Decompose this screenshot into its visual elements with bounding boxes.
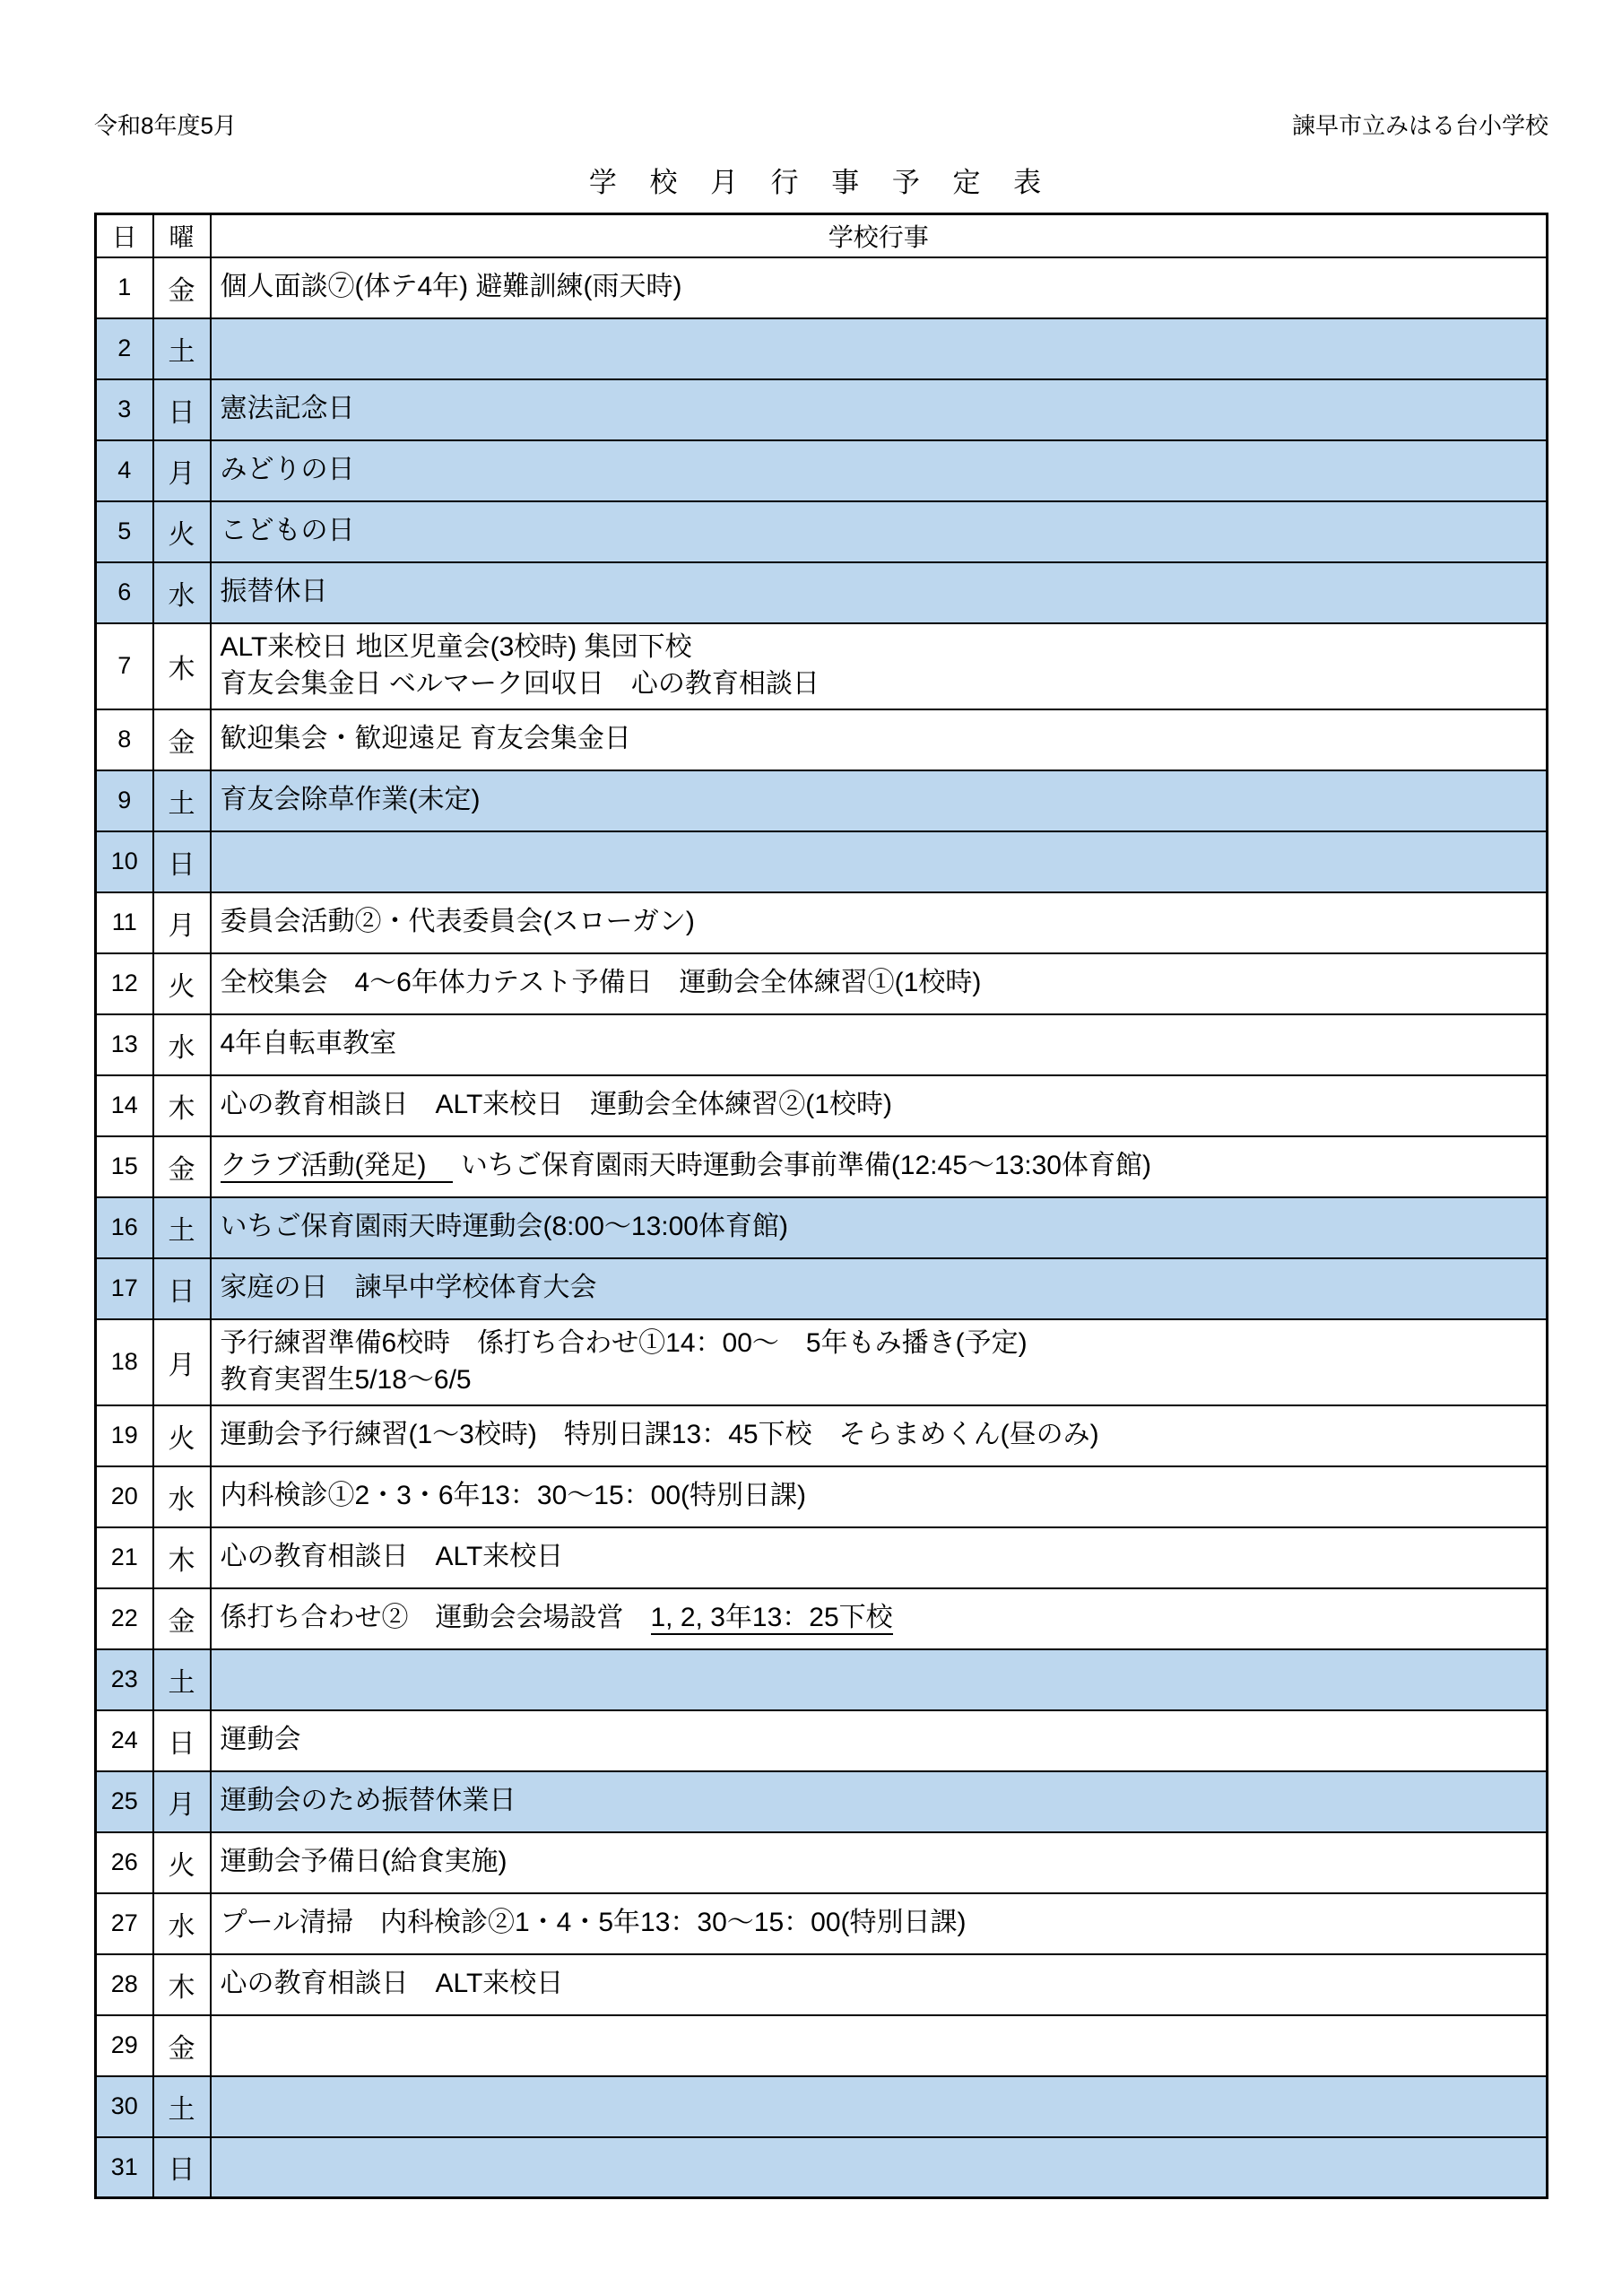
day-cell: 13 — [96, 1014, 153, 1075]
weekday-cell: 土 — [153, 1649, 211, 1710]
event-text: 運動会 — [221, 1725, 301, 1754]
event-text: 育友会除草作業(未定) — [221, 785, 481, 814]
day-cell: 11 — [96, 892, 153, 953]
weekday-cell: 水 — [153, 1466, 211, 1527]
event-line: 予行練習準備6校時 係打ち合わせ①14：00〜 5年もみ播き(予定) — [221, 1326, 1538, 1362]
weekday-cell: 金 — [153, 1588, 211, 1649]
events-cell: 係打ち合わせ② 運動会会場設営 1, 2, 3年13：25下校 — [211, 1588, 1548, 1649]
events-cell: 全校集会 4〜6年体力テスト予備日 運動会全体練習①(1校時) — [211, 953, 1548, 1014]
events-cell: いちご保育園雨天時運動会(8:00〜13:00体育館) — [211, 1197, 1548, 1258]
table-row: 28木心の教育相談日 ALT来校日 — [96, 1954, 1548, 2015]
table-row: 3日憲法記念日 — [96, 379, 1548, 440]
table-row: 19火運動会予行練習(1〜3校時) 特別日課13：45下校 そらまめくん(昼のみ… — [96, 1405, 1548, 1466]
weekday-cell: 金 — [153, 709, 211, 770]
event-line: ALT来校日 地区児童会(3校時) 集団下校 — [221, 630, 1538, 666]
event-text: 振替休日 — [221, 577, 328, 606]
day-cell: 6 — [96, 562, 153, 623]
day-cell: 27 — [96, 1893, 153, 1954]
table-row: 29金 — [96, 2015, 1548, 2076]
weekday-cell: 木 — [153, 1954, 211, 2015]
events-cell: 心の教育相談日 ALT来校日 — [211, 1527, 1548, 1588]
weekday-cell: 月 — [153, 440, 211, 501]
table-row: 27水プール清掃 内科検診②1・4・5年13：30〜15：00(特別日課) — [96, 1893, 1548, 1954]
table-row: 15金クラブ活動(発足) いちご保育園雨天時運動会事前準備(12:45〜13:3… — [96, 1136, 1548, 1197]
events-cell: 憲法記念日 — [211, 379, 1548, 440]
events-cell: 運動会予行練習(1〜3校時) 特別日課13：45下校 そらまめくん(昼のみ) — [211, 1405, 1548, 1466]
day-cell: 17 — [96, 1258, 153, 1319]
fiscal-year-label: 令和8年度5月 — [94, 108, 237, 141]
table-row: 23土 — [96, 1649, 1548, 1710]
weekday-cell: 金 — [153, 1136, 211, 1197]
day-cell: 14 — [96, 1075, 153, 1136]
table-row: 30土 — [96, 2076, 1548, 2137]
events-cell: 内科検診①2・3・6年13：30〜15：00(特別日課) — [211, 1466, 1548, 1527]
event-line: 教育実習生5/18〜6/5 — [221, 1362, 1538, 1399]
weekday-cell: 火 — [153, 501, 211, 562]
day-cell: 22 — [96, 1588, 153, 1649]
day-cell: 28 — [96, 1954, 153, 2015]
event-text: いちご保育園雨天時運動会(8:00〜13:00体育館) — [221, 1212, 788, 1241]
events-cell: 振替休日 — [211, 562, 1548, 623]
event-line: 家庭の日 諫早中学校体育大会 — [221, 1270, 1538, 1307]
event-line: 育友会除草作業(未定) — [221, 782, 1538, 819]
table-row: 7木ALT来校日 地区児童会(3校時) 集団下校育友会集金日 ベルマーク回収日 … — [96, 623, 1548, 709]
event-line: 運動会予備日(給食実施) — [221, 1844, 1538, 1881]
weekday-cell: 水 — [153, 1893, 211, 1954]
event-text: 運動会のため振替休業日 — [221, 1786, 516, 1815]
header-day: 日 — [96, 214, 153, 257]
weekday-cell: 土 — [153, 2076, 211, 2137]
event-text: 内科検診①2・3・6年13：30〜15：00(特別日課) — [221, 1481, 807, 1510]
weekday-cell: 金 — [153, 2015, 211, 2076]
event-text: ALT来校日 地区児童会(3校時) 集団下校 — [221, 632, 692, 662]
event-text: 教育実習生5/18〜6/5 — [221, 1365, 472, 1395]
event-line: 4年自転車教室 — [221, 1026, 1538, 1063]
table-row: 1金個人面談⑦(体テ4年) 避難訓練(雨天時) — [96, 257, 1548, 318]
day-cell: 21 — [96, 1527, 153, 1588]
event-text: 委員会活動②・代表委員会(スローガン) — [221, 907, 695, 936]
event-text: 運動会予備日(給食実施) — [221, 1847, 507, 1876]
header-row: 日 曜 学校行事 — [96, 214, 1548, 257]
events-cell: こどもの日 — [211, 501, 1548, 562]
table-row: 26火運動会予備日(給食実施) — [96, 1832, 1548, 1893]
page-title: 学 校 月 行 事 予 定 表 — [94, 160, 1548, 200]
events-cell: 心の教育相談日 ALT来校日 — [211, 1954, 1548, 2015]
events-cell: 予行練習準備6校時 係打ち合わせ①14：00〜 5年もみ播き(予定)教育実習生5… — [211, 1319, 1548, 1405]
day-cell: 8 — [96, 709, 153, 770]
table-row: 18月予行練習準備6校時 係打ち合わせ①14：00〜 5年もみ播き(予定)教育実… — [96, 1319, 1548, 1405]
event-line: 心の教育相談日 ALT来校日 — [221, 1966, 1538, 2003]
event-line: みどりの日 — [221, 452, 1538, 489]
day-cell: 18 — [96, 1319, 153, 1405]
table-row: 25月運動会のため振替休業日 — [96, 1771, 1548, 1832]
table-row: 10日 — [96, 831, 1548, 892]
weekday-cell: 木 — [153, 1075, 211, 1136]
event-text: 全校集会 4〜6年体力テスト予備日 運動会全体練習①(1校時) — [221, 968, 982, 997]
event-text: 歓迎集会・歓迎遠足 育友会集金日 — [221, 724, 631, 753]
table-row: 17日家庭の日 諫早中学校体育大会 — [96, 1258, 1548, 1319]
day-cell: 1 — [96, 257, 153, 318]
weekday-cell: 火 — [153, 1832, 211, 1893]
table-row: 21木心の教育相談日 ALT来校日 — [96, 1527, 1548, 1588]
day-cell: 30 — [96, 2076, 153, 2137]
event-text: 心の教育相談日 ALT来校日 — [221, 1969, 564, 1998]
event-line: 係打ち合わせ② 運動会会場設営 1, 2, 3年13：25下校 — [221, 1600, 1538, 1637]
weekday-cell: 日 — [153, 1258, 211, 1319]
event-line: こどもの日 — [221, 513, 1538, 550]
event-text: 係打ち合わせ② 運動会会場設営 — [221, 1603, 651, 1632]
event-line: 歓迎集会・歓迎遠足 育友会集金日 — [221, 721, 1538, 758]
day-cell: 7 — [96, 623, 153, 709]
weekday-cell: 土 — [153, 1197, 211, 1258]
weekday-cell: 水 — [153, 562, 211, 623]
schedule-table-body: 1金個人面談⑦(体テ4年) 避難訓練(雨天時)2土3日憲法記念日4月みどりの日5… — [96, 257, 1548, 2198]
events-cell: 心の教育相談日 ALT来校日 運動会全体練習②(1校時) — [211, 1075, 1548, 1136]
events-cell: 歓迎集会・歓迎遠足 育友会集金日 — [211, 709, 1548, 770]
schedule-table: 日 曜 学校行事 1金個人面談⑦(体テ4年) 避難訓練(雨天時)2土3日憲法記念… — [94, 213, 1548, 2199]
table-row: 31日 — [96, 2137, 1548, 2198]
event-text: プール清掃 内科検診②1・4・5年13：30〜15：00(特別日課) — [221, 1908, 967, 1937]
event-line: 振替休日 — [221, 574, 1538, 611]
schedule-table-header: 日 曜 学校行事 — [96, 214, 1548, 257]
weekday-cell: 日 — [153, 2137, 211, 2198]
event-text: いちご保育園雨天時運動会事前準備(12:45〜13:30体育館) — [453, 1151, 1150, 1180]
events-cell: プール清掃 内科検診②1・4・5年13：30〜15：00(特別日課) — [211, 1893, 1548, 1954]
day-cell: 29 — [96, 2015, 153, 2076]
day-cell: 2 — [96, 318, 153, 379]
events-cell: ALT来校日 地区児童会(3校時) 集団下校育友会集金日 ベルマーク回収日 心の… — [211, 623, 1548, 709]
event-line: 個人面談⑦(体テ4年) 避難訓練(雨天時) — [221, 269, 1538, 306]
event-text: こどもの日 — [221, 516, 355, 545]
event-line: 育友会集金日 ベルマーク回収日 心の教育相談日 — [221, 666, 1538, 703]
table-row: 12火全校集会 4〜6年体力テスト予備日 運動会全体練習①(1校時) — [96, 953, 1548, 1014]
events-cell: クラブ活動(発足) いちご保育園雨天時運動会事前準備(12:45〜13:30体育… — [211, 1136, 1548, 1197]
table-row: 4月みどりの日 — [96, 440, 1548, 501]
event-text: 個人面談⑦(体テ4年) 避難訓練(雨天時) — [221, 272, 682, 301]
event-text: 心の教育相談日 ALT来校日 — [221, 1542, 564, 1571]
table-row: 5火こどもの日 — [96, 501, 1548, 562]
event-text: 予行練習準備6校時 係打ち合わせ①14：00〜 5年もみ播き(予定) — [221, 1328, 1028, 1358]
events-cell: 育友会除草作業(未定) — [211, 770, 1548, 831]
day-cell: 9 — [96, 770, 153, 831]
event-text: みどりの日 — [221, 455, 355, 484]
events-cell: 4年自転車教室 — [211, 1014, 1548, 1075]
event-text: 憲法記念日 — [221, 394, 355, 423]
day-cell: 15 — [96, 1136, 153, 1197]
events-cell: 運動会のため振替休業日 — [211, 1771, 1548, 1832]
events-cell: 運動会予備日(給食実施) — [211, 1832, 1548, 1893]
weekday-cell: 日 — [153, 379, 211, 440]
event-text: 家庭の日 諫早中学校体育大会 — [221, 1273, 597, 1302]
weekday-cell: 月 — [153, 1319, 211, 1405]
events-cell: みどりの日 — [211, 440, 1548, 501]
weekday-cell: 土 — [153, 770, 211, 831]
header-events: 学校行事 — [211, 214, 1548, 257]
weekday-cell: 月 — [153, 1771, 211, 1832]
day-cell: 24 — [96, 1710, 153, 1771]
event-line: 全校集会 4〜6年体力テスト予備日 運動会全体練習①(1校時) — [221, 965, 1538, 1002]
table-row: 14木心の教育相談日 ALT来校日 運動会全体練習②(1校時) — [96, 1075, 1548, 1136]
events-cell — [211, 318, 1548, 379]
day-cell: 19 — [96, 1405, 153, 1466]
event-line: 心の教育相談日 ALT来校日 — [221, 1539, 1538, 1576]
table-row: 9土育友会除草作業(未定) — [96, 770, 1548, 831]
table-row: 24日運動会 — [96, 1710, 1548, 1771]
weekday-cell: 金 — [153, 257, 211, 318]
table-row: 13水4年自転車教室 — [96, 1014, 1548, 1075]
events-cell: 委員会活動②・代表委員会(スローガン) — [211, 892, 1548, 953]
event-line: 憲法記念日 — [221, 391, 1538, 428]
event-line: 運動会予行練習(1〜3校時) 特別日課13：45下校 そらまめくん(昼のみ) — [221, 1417, 1538, 1454]
event-text: 育友会集金日 ベルマーク回収日 心の教育相談日 — [221, 669, 820, 699]
events-cell — [211, 831, 1548, 892]
day-cell: 23 — [96, 1649, 153, 1710]
header-weekday: 曜 — [153, 214, 211, 257]
event-text: 運動会予行練習(1〜3校時) 特別日課13：45下校 そらまめくん(昼のみ) — [221, 1420, 1099, 1449]
table-row: 20水内科検診①2・3・6年13：30〜15：00(特別日課) — [96, 1466, 1548, 1527]
day-cell: 3 — [96, 379, 153, 440]
weekday-cell: 日 — [153, 1710, 211, 1771]
day-cell: 12 — [96, 953, 153, 1014]
weekday-cell: 水 — [153, 1014, 211, 1075]
event-line: 運動会のため振替休業日 — [221, 1783, 1538, 1820]
document-page: 令和8年度5月 諫早市立みはる台小学校 学 校 月 行 事 予 定 表 日 曜 … — [0, 0, 1622, 2296]
weekday-cell: 土 — [153, 318, 211, 379]
day-cell: 4 — [96, 440, 153, 501]
weekday-cell: 木 — [153, 1527, 211, 1588]
events-cell: 運動会 — [211, 1710, 1548, 1771]
event-line: プール清掃 内科検診②1・4・5年13：30〜15：00(特別日課) — [221, 1905, 1538, 1942]
events-cell — [211, 2015, 1548, 2076]
event-text: 4年自転車教室 — [221, 1029, 397, 1058]
event-text-underlined: 1, 2, 3年13：25下校 — [651, 1603, 893, 1635]
events-cell — [211, 2137, 1548, 2198]
weekday-cell: 木 — [153, 623, 211, 709]
events-cell: 家庭の日 諫早中学校体育大会 — [211, 1258, 1548, 1319]
page-header: 令和8年度5月 諫早市立みはる台小学校 — [94, 108, 1548, 141]
day-cell: 26 — [96, 1832, 153, 1893]
event-line: 運動会 — [221, 1722, 1538, 1759]
event-line: 心の教育相談日 ALT来校日 運動会全体練習②(1校時) — [221, 1087, 1538, 1124]
school-name: 諫早市立みはる台小学校 — [1292, 108, 1548, 141]
day-cell: 10 — [96, 831, 153, 892]
day-cell: 5 — [96, 501, 153, 562]
day-cell: 31 — [96, 2137, 153, 2198]
weekday-cell: 火 — [153, 1405, 211, 1466]
weekday-cell: 月 — [153, 892, 211, 953]
events-cell — [211, 2076, 1548, 2137]
events-cell — [211, 1649, 1548, 1710]
table-row: 16土いちご保育園雨天時運動会(8:00〜13:00体育館) — [96, 1197, 1548, 1258]
weekday-cell: 火 — [153, 953, 211, 1014]
event-line: いちご保育園雨天時運動会(8:00〜13:00体育館) — [221, 1209, 1538, 1246]
event-line: クラブ活動(発足) いちご保育園雨天時運動会事前準備(12:45〜13:30体育… — [221, 1148, 1538, 1185]
event-line: 内科検診①2・3・6年13：30〜15：00(特別日課) — [221, 1478, 1538, 1515]
event-text-underlined: クラブ活動(発足) — [221, 1151, 454, 1183]
events-cell: 個人面談⑦(体テ4年) 避難訓練(雨天時) — [211, 257, 1548, 318]
table-row: 11月委員会活動②・代表委員会(スローガン) — [96, 892, 1548, 953]
table-row: 8金歓迎集会・歓迎遠足 育友会集金日 — [96, 709, 1548, 770]
table-row: 22金係打ち合わせ② 運動会会場設営 1, 2, 3年13：25下校 — [96, 1588, 1548, 1649]
table-row: 6水振替休日 — [96, 562, 1548, 623]
day-cell: 16 — [96, 1197, 153, 1258]
weekday-cell: 日 — [153, 831, 211, 892]
event-text: 心の教育相談日 ALT来校日 運動会全体練習②(1校時) — [221, 1090, 892, 1119]
day-cell: 20 — [96, 1466, 153, 1527]
event-line: 委員会活動②・代表委員会(スローガン) — [221, 904, 1538, 941]
day-cell: 25 — [96, 1771, 153, 1832]
table-row: 2土 — [96, 318, 1548, 379]
